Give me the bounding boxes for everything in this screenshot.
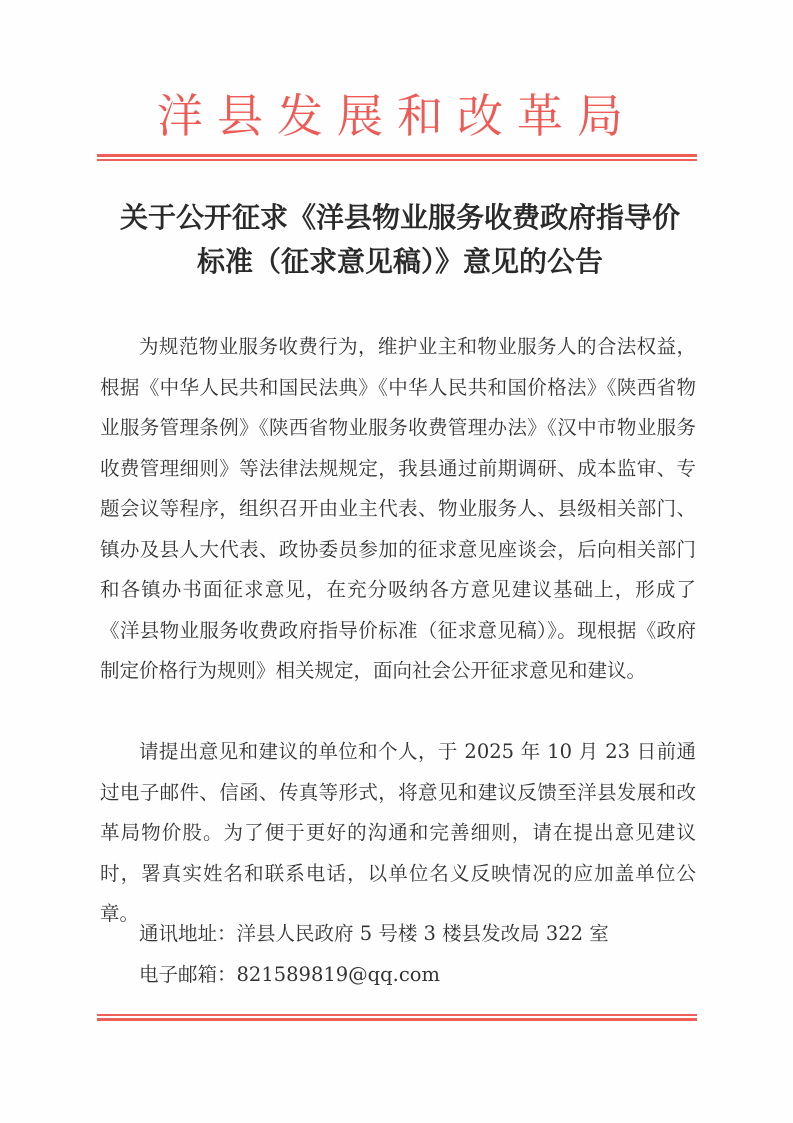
paragraph-text: 请提出意见和建议的单位和个人，于 2025 年 10 月 23 日前通过电子邮件… [100,732,696,935]
document-page: 洋县发展和改革局 关于公开征求《洋县物业服务收费政府指导价 标准（征求意见稿）》… [0,0,793,1123]
contact-email: 电子邮箱：821589819@qq.com [139,955,440,995]
masthead-divider-thin [97,159,697,161]
contact-address: 通讯地址：洋县人民政府 5 号楼 3 楼县发改局 322 室 [139,914,609,954]
body-paragraph-1: 为规范物业服务收费行为，维护业主和物业服务人的合法权益，根据《中华人民共和国民法… [100,327,696,692]
address-label: 通讯地址： [139,922,237,945]
masthead-divider-thick [97,154,697,157]
announcement-title: 关于公开征求《洋县物业服务收费政府指导价 标准（征求意见稿）》意见的公告 [90,196,710,284]
masthead-title: 洋县发展和改革局 [97,86,697,146]
email-value: 821589819@qq.com [237,963,440,986]
footer-divider-thin [97,1014,697,1016]
paragraph-text: 为规范物业服务收费行为，维护业主和物业服务人的合法权益，根据《中华人民共和国民法… [100,327,696,692]
title-line-1: 关于公开征求《洋县物业服务收费政府指导价 [90,196,710,240]
body-paragraph-2: 请提出意见和建议的单位和个人，于 2025 年 10 月 23 日前通过电子邮件… [100,732,696,935]
title-line-2: 标准（征求意见稿）》意见的公告 [90,240,710,284]
footer-divider-thick [97,1018,697,1021]
address-value: 洋县人民政府 5 号楼 3 楼县发改局 322 室 [237,922,609,945]
email-label: 电子邮箱： [139,963,237,986]
